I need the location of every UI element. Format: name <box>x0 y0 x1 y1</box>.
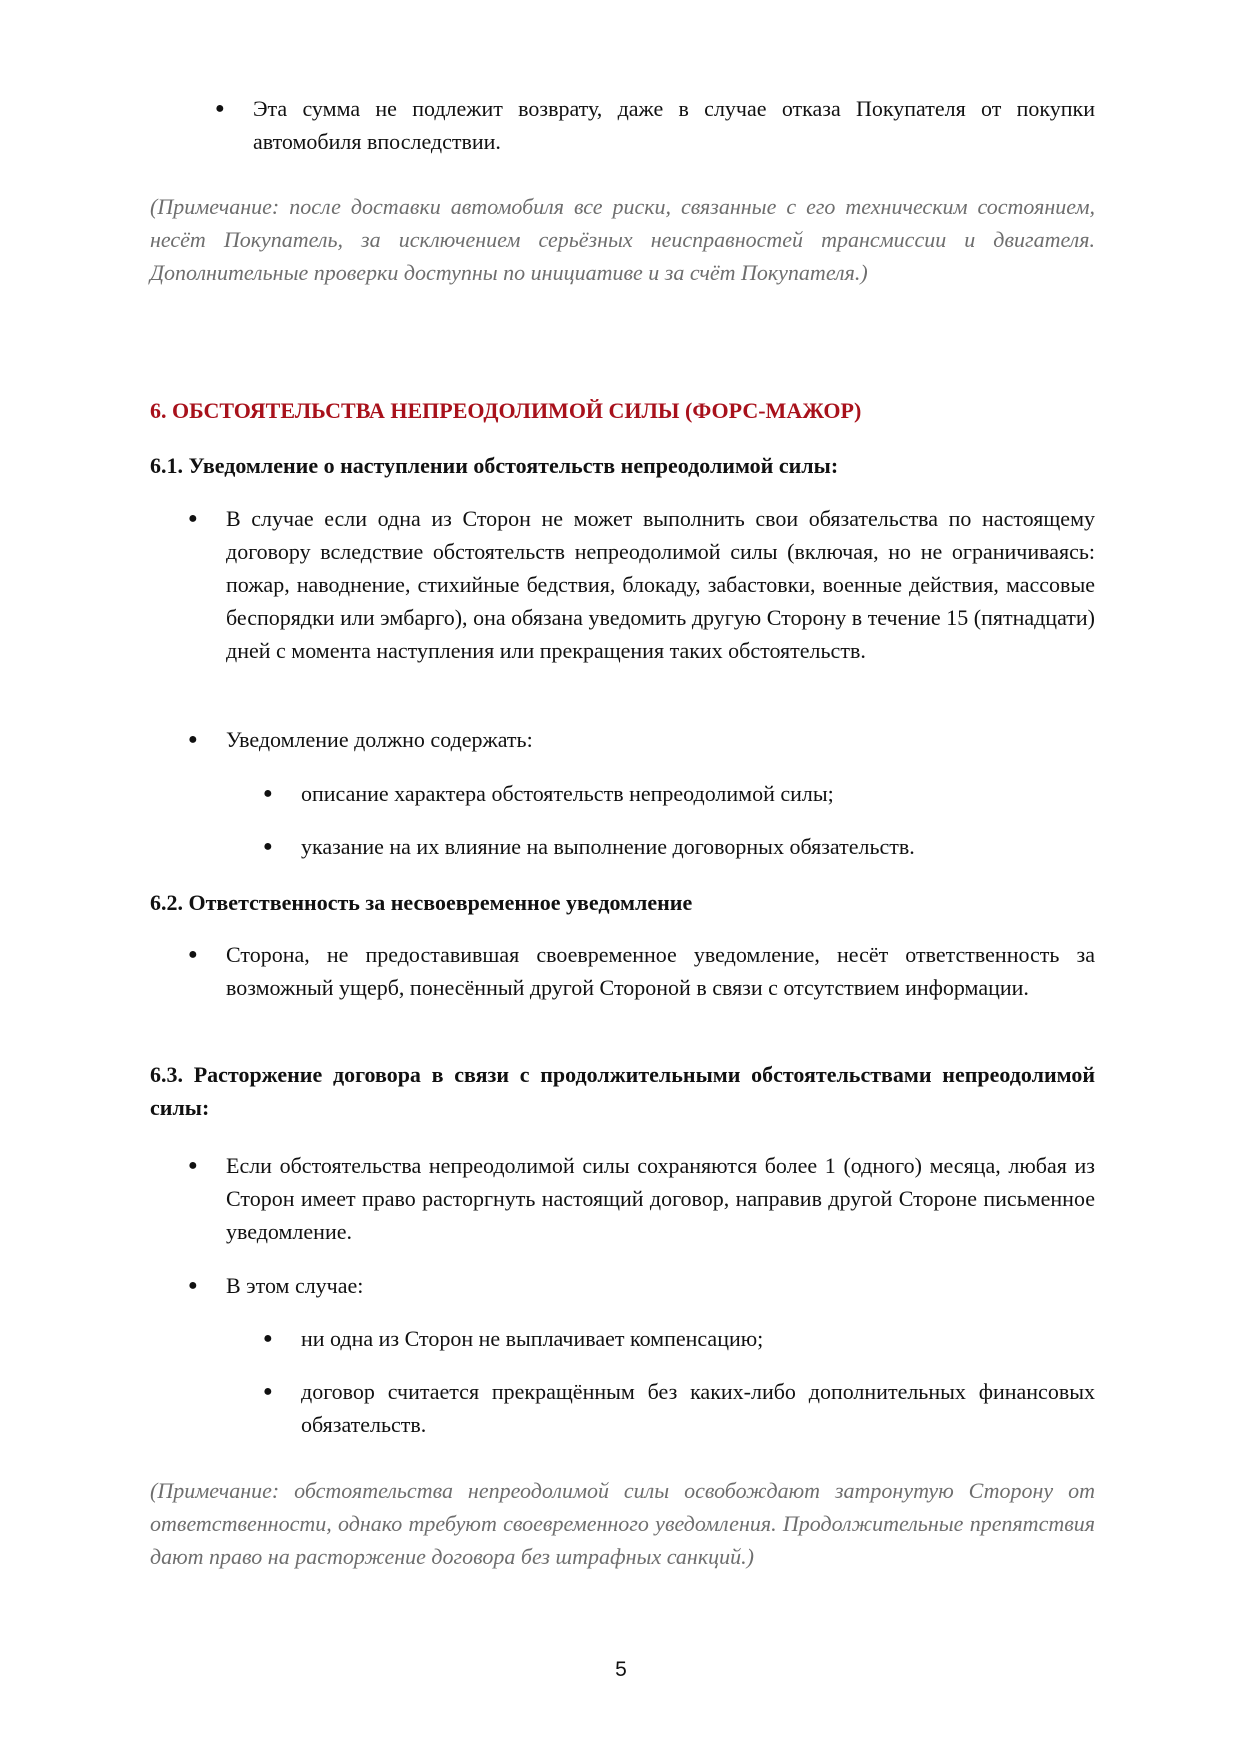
list-item: ● Сторона, не предоставившая своевременн… <box>226 938 1095 1004</box>
section-heading: 6. ОБСТОЯТЕЛЬСТВА НЕПРЕОДОЛИМОЙ СИЛЫ (ФО… <box>150 394 1095 427</box>
list-item: ● В случае если одна из Сторон не может … <box>226 502 1095 667</box>
list-item: ● договор считается прекращённым без как… <box>301 1375 1095 1441</box>
list-item: ● Эта сумма не подлежит возврату, даже в… <box>253 92 1095 158</box>
subsection-title: 6.2. Ответственность за несвоевременное … <box>150 886 1095 919</box>
page-number: 5 <box>0 1658 1242 1682</box>
note-paragraph: (Примечание: после доставки автомобиля в… <box>150 190 1095 289</box>
subsection-title: 6.1. Уведомление о наступлении обстоятел… <box>150 449 1095 482</box>
note-paragraph: (Примечание: обстоятельства непреодолимо… <box>150 1474 1095 1573</box>
bullet-icon: ● <box>263 777 273 810</box>
bullet-icon: ● <box>263 830 273 863</box>
list-item: ● Уведомление должно содержать: <box>226 723 1095 756</box>
list-item: ● В этом случае: <box>226 1269 1095 1302</box>
bullet-icon: ● <box>188 723 198 756</box>
bullet-icon: ● <box>263 1322 273 1355</box>
bullet-icon: ● <box>188 938 198 971</box>
list-item: ● описание характера обстоятельств непре… <box>301 777 1095 810</box>
bullet-icon: ● <box>215 92 225 125</box>
bullet-icon: ● <box>188 1149 198 1182</box>
bullet-icon: ● <box>263 1375 273 1408</box>
list-item: ● указание на их влияние на выполнение д… <box>301 830 1095 863</box>
bullet-icon: ● <box>188 502 198 535</box>
list-item: ● ни одна из Сторон не выплачивает компе… <box>301 1322 1095 1355</box>
subsection-title: 6.3. Расторжение договора в связи с прод… <box>150 1058 1095 1124</box>
list-item: ● Если обстоятельства непреодолимой силы… <box>226 1149 1095 1248</box>
bullet-icon: ● <box>188 1269 198 1302</box>
